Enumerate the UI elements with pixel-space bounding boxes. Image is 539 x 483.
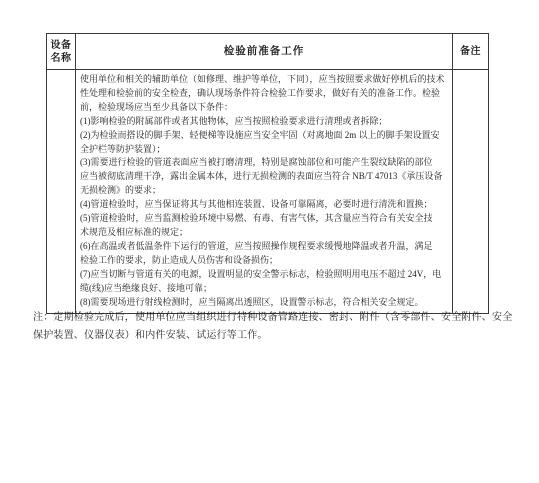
equipment-name-header-line1: 设备: [51, 39, 72, 52]
preparation-work-header: 检验前准备工作: [76, 34, 453, 69]
body-line: (5)管道检验时，应当监测检验环境中易燃、有毒、有害气体，其含量应当符合有关安全…: [80, 212, 449, 226]
body-line: 使用单位和相关的辅助单位（如修理、维护等单位，下同），应当按照要求做好停机后的技…: [80, 73, 449, 87]
note-line: 注：定期检验完成后，使用单位应当组织进行特种设备管路连接、密封、附件（含零部件、…: [33, 309, 512, 327]
body-line: (2)为检验而搭设的脚手架、轻便梯等设施应当安全牢固（对离地面 2m 以上的脚手…: [80, 129, 449, 143]
body-line: (3)需要进行检验的管道表面应当被打磨清理，特别是腐蚀部位和可能产生裂纹缺陷的部…: [80, 156, 449, 170]
inspection-preparation-table: 设备 名称 检验前准备工作 备注 使用单位和相关的辅助单位（如修理、维护等单位，…: [46, 33, 489, 314]
remarks-cell-empty: [453, 70, 488, 313]
body-line: 性处理和检验前的安全检查，确认现场条件符合检验工作要求，做好有关的准备工作。检验: [80, 87, 449, 101]
body-line: 检验工作的要求，防止造成人员伤害和设备损伤；: [80, 254, 449, 268]
body-line: 应当被彻底清理干净，露出金属本体，进行无损检测的表面应当符合 NB/T 4701…: [80, 170, 449, 184]
equipment-name-header-line2: 名称: [51, 52, 72, 65]
table-body-row: 使用单位和相关的辅助单位（如修理、维护等单位，下同），应当按照要求做好停机后的技…: [47, 70, 488, 313]
body-line: (8)需要现场进行射线检测时，应当隔离出透照区，设置警示标志，符合相关安全规定。: [80, 296, 449, 310]
equipment-name-header: 设备 名称: [47, 34, 76, 69]
body-line: (7)应当切断与管道有关的电源，设置明显的安全警示标志，检验照明用电压不超过 2…: [80, 268, 449, 282]
body-line: (4)管道检验时，应当保证将其与其他相连装置、设备可靠隔离，必要时进行清洗和置换…: [80, 198, 449, 212]
table-header-row: 设备 名称 检验前准备工作 备注: [47, 34, 488, 70]
remarks-header: 备注: [453, 34, 488, 69]
body-line: 缆(线)应当绝缘良好、接地可靠；: [80, 282, 449, 296]
body-line: 前，检验现场应当至少具备以下条件：: [80, 101, 449, 115]
footnote: 注：定期检验完成后，使用单位应当组织进行特种设备管路连接、密封、附件（含零部件、…: [33, 309, 512, 345]
equipment-name-cell-empty: [47, 70, 76, 313]
body-line: (1)影响检验的附属部件或者其他物体，应当按照检验要求进行清理或者拆除；: [80, 115, 449, 129]
body-line: 无损检测》的要求；: [80, 184, 449, 198]
body-line: (6)在高温或者低温条件下运行的管道，应当按照操作规程要求缓慢地降温或者升温，满…: [80, 240, 449, 254]
preparation-work-cell: 使用单位和相关的辅助单位（如修理、维护等单位，下同），应当按照要求做好停机后的技…: [76, 70, 453, 313]
note-line: 保护装置、仪器仪表）和内件安装、试运行等工作。: [33, 327, 512, 345]
document-page: 设备 名称 检验前准备工作 备注 使用单位和相关的辅助单位（如修理、维护等单位，…: [0, 0, 539, 483]
body-line: 全护栏等防护装置）；: [80, 143, 449, 157]
body-line: 术规范及相应标准的规定；: [80, 226, 449, 240]
